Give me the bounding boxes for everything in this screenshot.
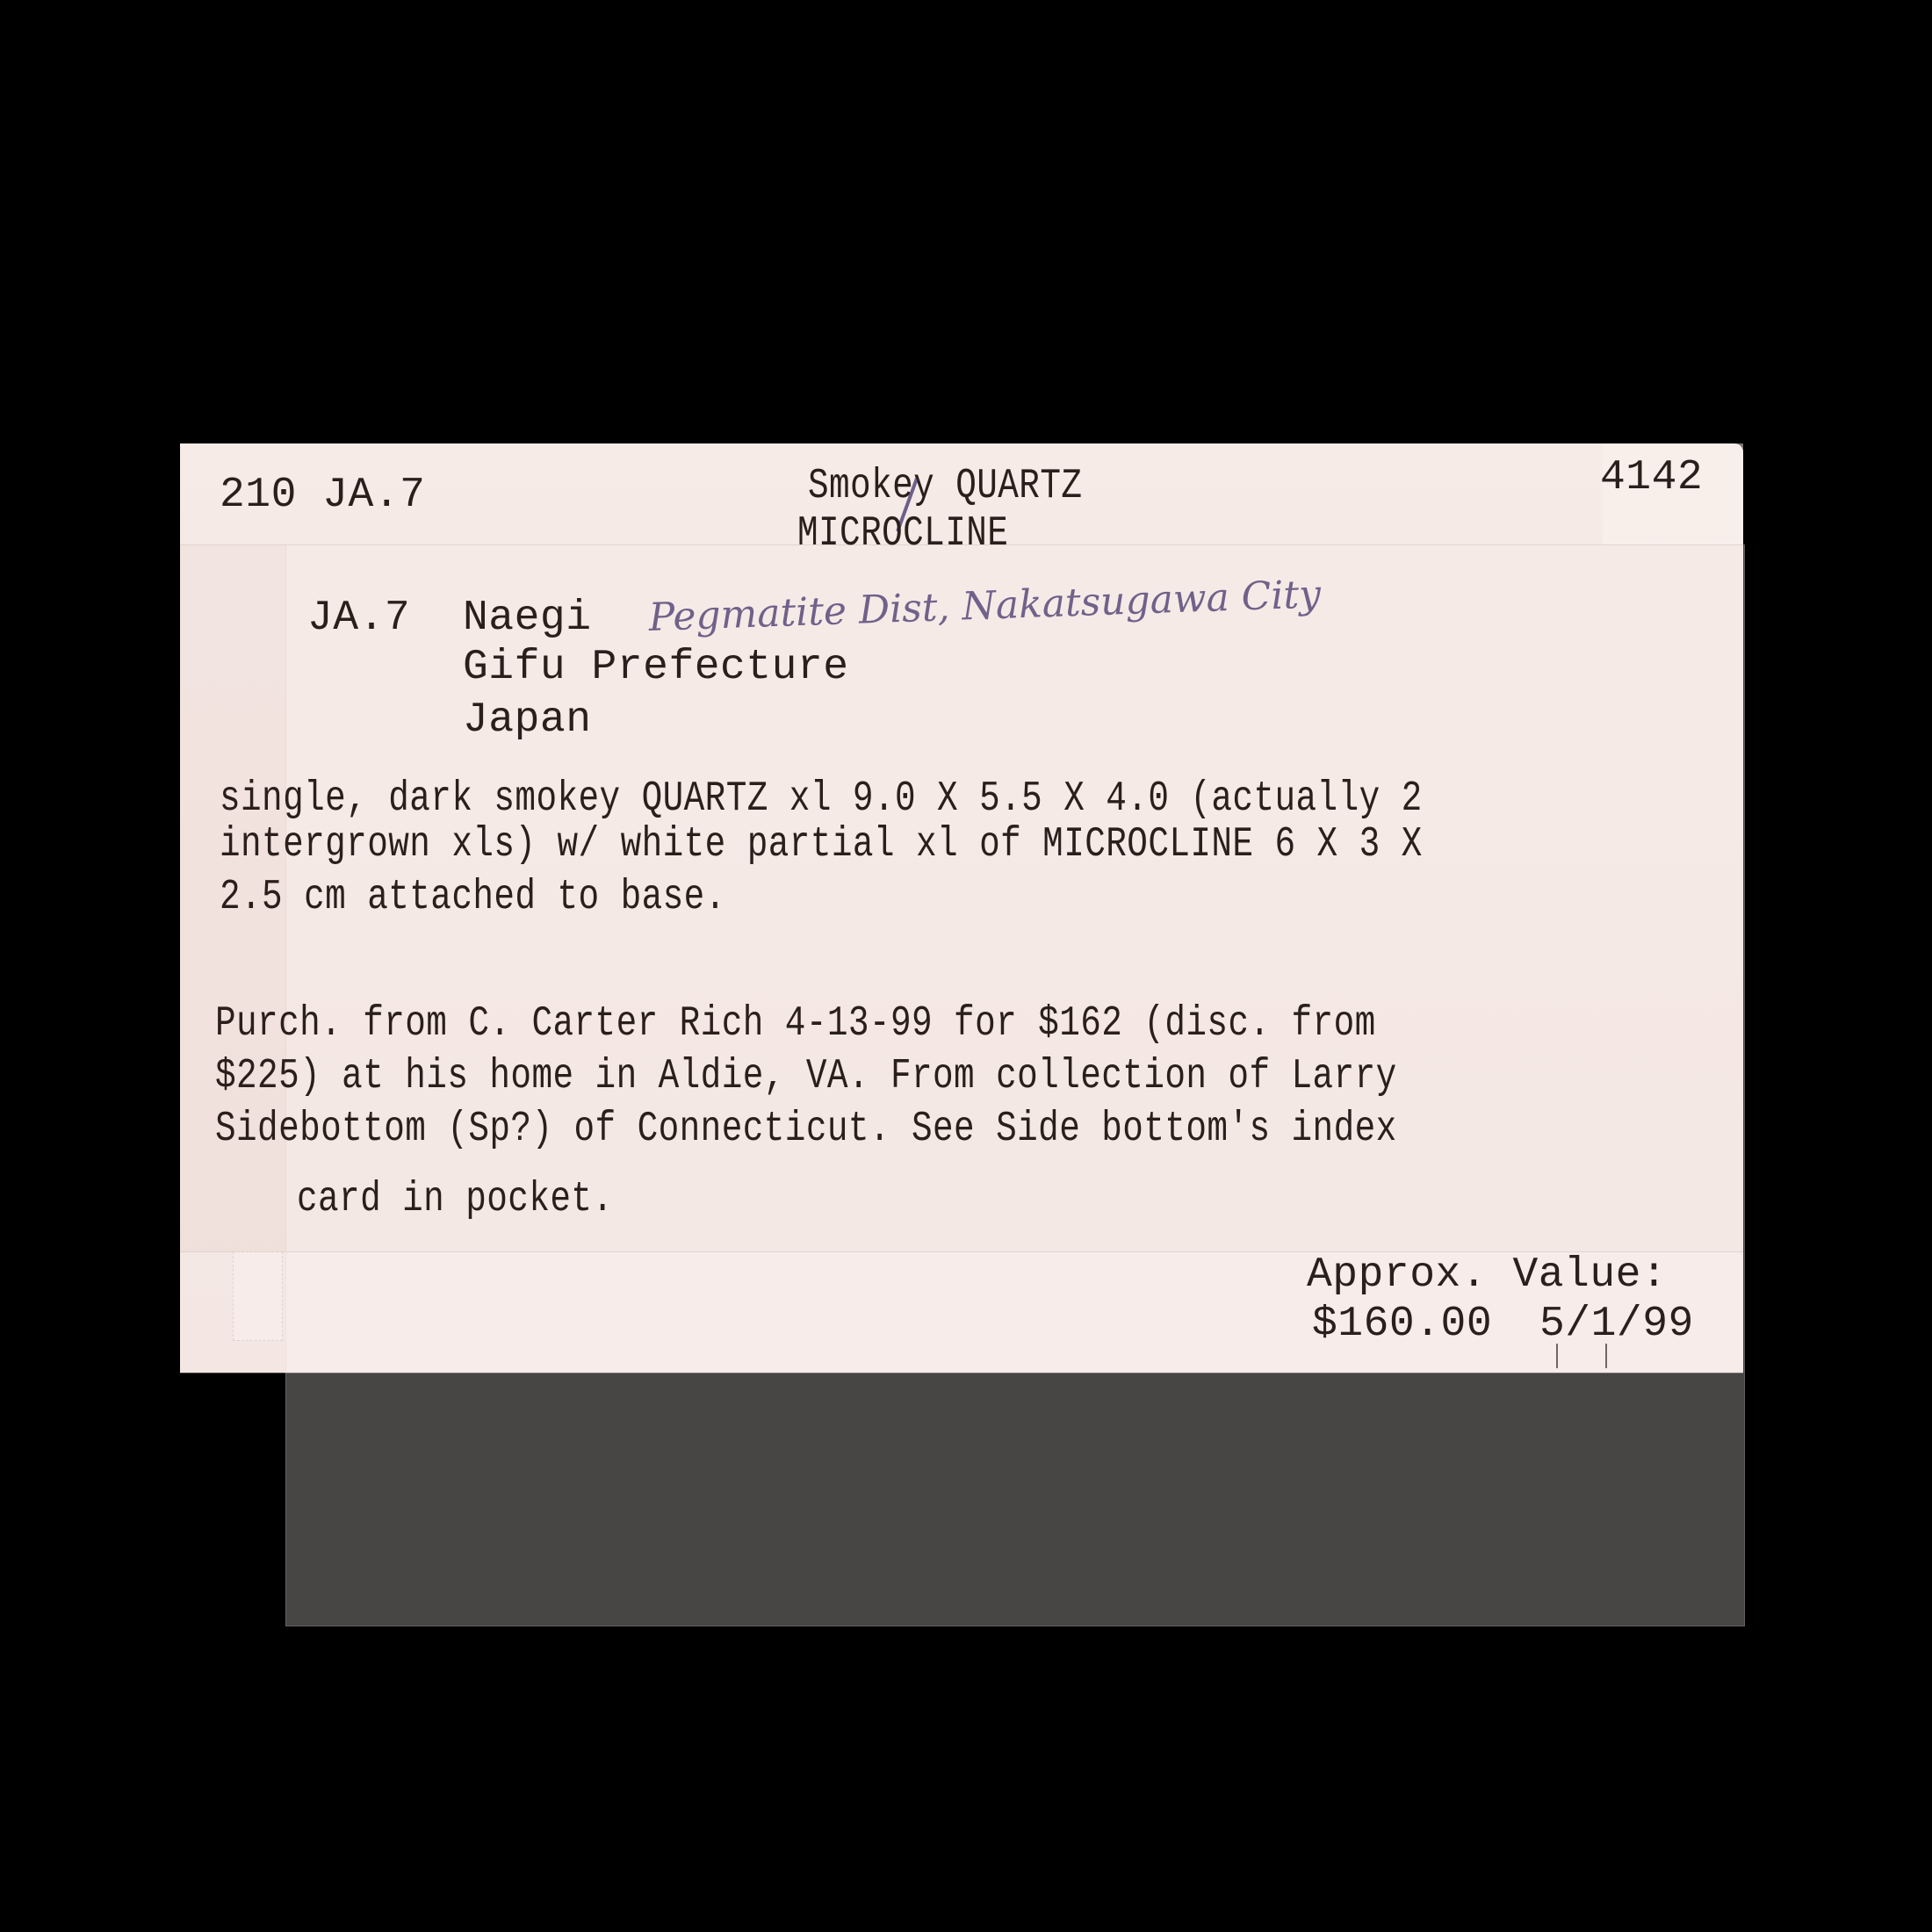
- specimen-number: 4142: [1600, 457, 1703, 499]
- locality-code: JA.7: [307, 597, 410, 639]
- description-line-1: single, dark smokey QUARTZ xl 9.0 X 5.5 …: [220, 778, 1423, 820]
- provenance-line-4: card in pocket.: [297, 1179, 613, 1221]
- locality-place: Naegi: [463, 597, 592, 639]
- locality-prefecture: Gifu Prefecture: [463, 646, 849, 688]
- provenance-line-1: Purch. from C. Carter Rich 4-13-99 for $…: [215, 1003, 1376, 1045]
- valuation-label: Approx. Value:: [1307, 1254, 1667, 1296]
- valuation-amount: $160.00: [1312, 1303, 1492, 1345]
- pencil-tick-mark: [1605, 1344, 1607, 1368]
- mineral-title-secondary: MICROCLINE: [797, 513, 1008, 555]
- mineral-title-primary: Smokey QUARTZ: [808, 465, 1082, 508]
- catalog-reference: 210 JA.7: [220, 474, 425, 516]
- description-line-3: 2.5 cm attached to base.: [220, 876, 726, 919]
- valuation-date: 5/1/99: [1539, 1303, 1694, 1345]
- provenance-line-3: Sidebottom (Sp?) of Connecticut. See Sid…: [215, 1108, 1397, 1150]
- pencil-tick-mark: [1556, 1344, 1558, 1368]
- description-line-2: intergrown xls) w/ white partial xl of M…: [220, 824, 1423, 866]
- locality-country: Japan: [463, 699, 592, 741]
- tape-corner-bottom-left: [233, 1251, 283, 1341]
- provenance-line-2: $225) at his home in Aldie, VA. From col…: [215, 1056, 1397, 1098]
